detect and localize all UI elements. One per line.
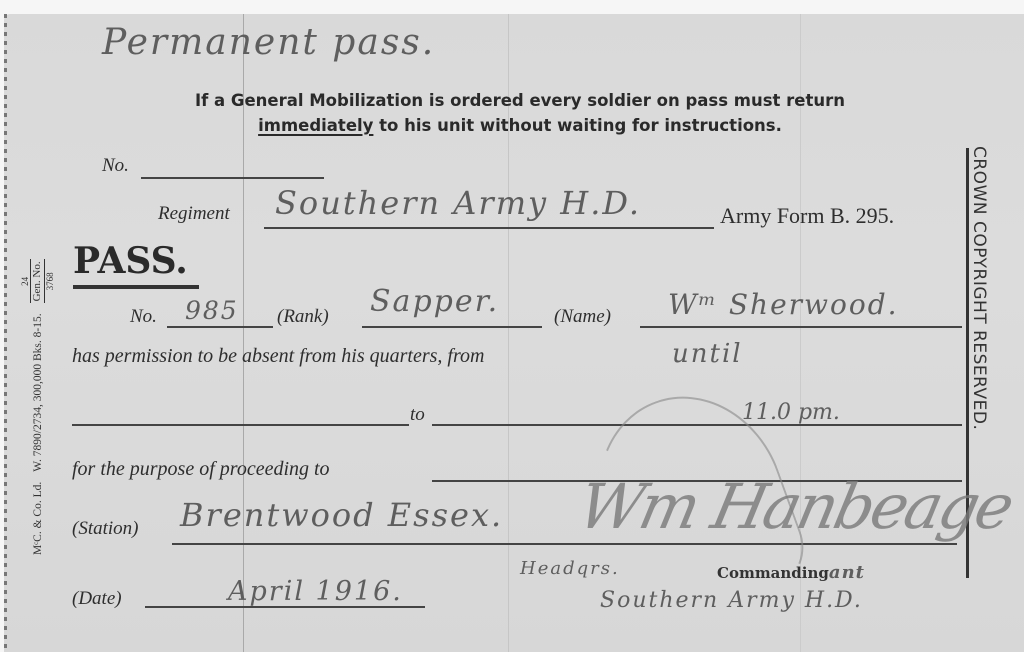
to-label: to bbox=[410, 404, 425, 426]
station-label: (Station) bbox=[72, 518, 139, 540]
permission-text: has permission to be absent from his qua… bbox=[72, 345, 484, 368]
station-value: Brentwood Essex. bbox=[180, 496, 503, 534]
army-form-number: Army Form B. 295. bbox=[720, 203, 894, 229]
from-value: until bbox=[672, 339, 743, 369]
soldier-no-line bbox=[167, 326, 273, 328]
rank-line bbox=[362, 326, 542, 328]
headqrs-text: Headqrs. bbox=[520, 558, 620, 579]
commanding-text: Commanding bbox=[717, 564, 829, 582]
regiment-label: Regiment bbox=[158, 203, 230, 225]
station-line bbox=[172, 543, 957, 545]
regiment-field-line bbox=[264, 227, 714, 229]
perforated-edge bbox=[4, 14, 7, 652]
commanding-officer-signature: Wm Hanbeage bbox=[572, 470, 1017, 543]
name-label: (Name) bbox=[554, 306, 611, 328]
notice-line-1: If a General Mobilization is ordered eve… bbox=[70, 88, 970, 113]
commanding-suffix: ant bbox=[829, 562, 865, 583]
mobilization-notice: If a General Mobilization is ordered eve… bbox=[70, 88, 970, 138]
regiment-value: Southern Army H.D. bbox=[275, 184, 641, 222]
gen-no-bottom: 3768 bbox=[45, 272, 55, 290]
gen-no-fraction: 24 Gen. No. 3768 bbox=[20, 259, 55, 303]
gen-no-label: Gen. No. bbox=[30, 259, 45, 303]
notice-emphasis: immediately bbox=[258, 116, 373, 135]
no-field-line bbox=[141, 177, 324, 179]
no-label: No. bbox=[102, 155, 129, 177]
commanding-label: Commandingant bbox=[717, 562, 865, 583]
soldier-no-label: No. bbox=[130, 306, 157, 328]
printer-name: MᶜC. & Co. Ld. bbox=[32, 482, 44, 555]
date-label: (Date) bbox=[72, 588, 122, 610]
pass-title: PASS. bbox=[73, 240, 188, 282]
rank-label: (Rank) bbox=[277, 306, 329, 328]
date-value: April 1916. bbox=[228, 576, 403, 607]
notice-line-2-rest: to his unit without waiting for instruct… bbox=[373, 116, 781, 135]
gen-no-top: 24 bbox=[20, 277, 30, 286]
name-value: Wᵐ Sherwood. bbox=[668, 288, 899, 321]
printer-imprint: MᶜC. & Co. Ld. W. 7890/2734, 300,000 Bks… bbox=[20, 259, 55, 555]
unit-text: Southern Army H.D. bbox=[600, 588, 863, 613]
crown-copyright: CROWN COPYRIGHT RESERVED. bbox=[969, 146, 989, 430]
from-date-line bbox=[72, 424, 409, 426]
purpose-label: for the purpose of proceeding to bbox=[72, 458, 330, 481]
name-line bbox=[640, 326, 962, 328]
handwritten-header: Permanent pass. bbox=[102, 22, 435, 63]
notice-line-2: immediately to his unit without waiting … bbox=[70, 113, 970, 138]
to-value: 11.0 pm. bbox=[742, 400, 840, 425]
pass-title-underline bbox=[73, 285, 199, 289]
print-run: W. 7890/2734, 300,000 Bks. 8-15. bbox=[32, 313, 44, 471]
soldier-no-value: 985 bbox=[185, 296, 239, 325]
rank-value: Sapper. bbox=[370, 284, 499, 319]
